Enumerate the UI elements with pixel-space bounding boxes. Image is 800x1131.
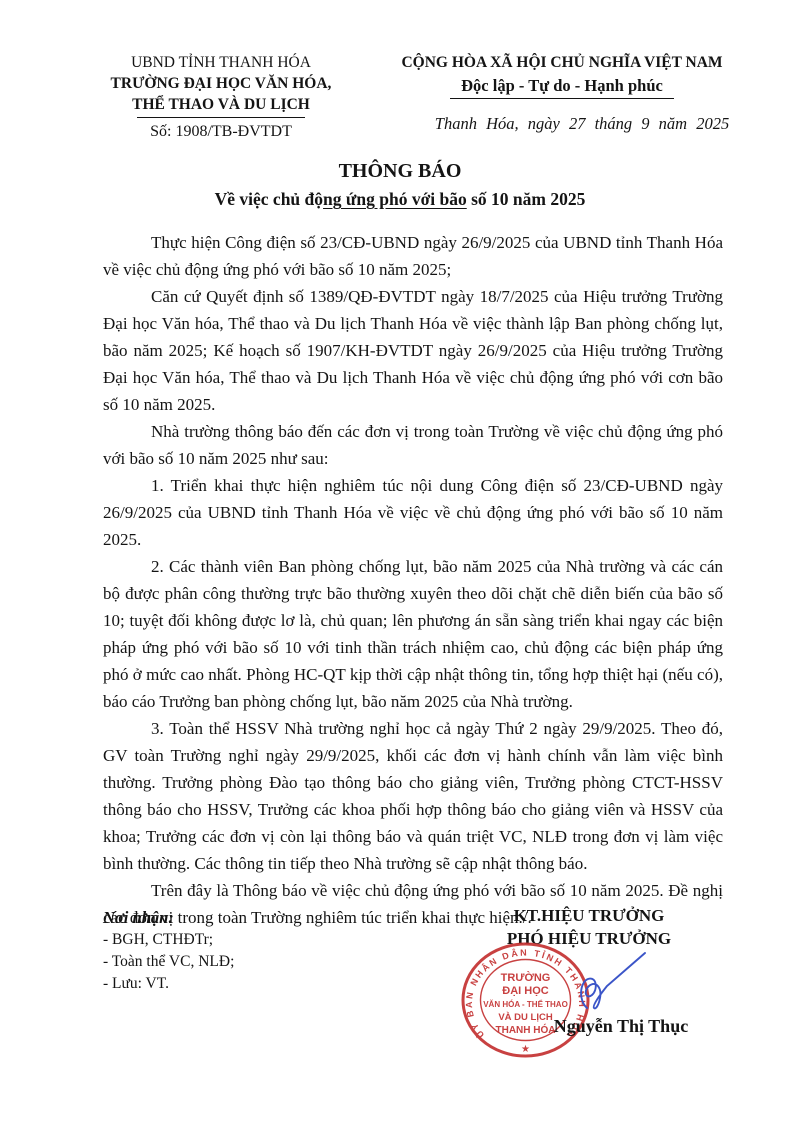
document-body: Thực hiện Công điện số 23/CĐ-UBND ngày 2… [103, 229, 723, 931]
national-header-block: CỘNG HÒA XÃ HỘI CHỦ NGHĨA VIỆT NAM Độc l… [388, 52, 736, 134]
title-block: THÔNG BÁO Về việc chủ động ứng phó với b… [0, 158, 800, 211]
place-dateline: Thanh Hóa, ngày 27 tháng 9 năm 2025 [388, 114, 736, 134]
body-paragraph-1: Thực hiện Công điện số 23/CĐ-UBND ngày 2… [103, 229, 723, 283]
national-title: CỘNG HÒA XÃ HỘI CHỦ NGHĨA VIỆT NAM [388, 52, 736, 73]
signature-stroke [581, 953, 645, 1008]
body-paragraph-6: 3. Toàn thể HSSV Nhà trường nghỉ học cả … [103, 715, 723, 877]
document-title: THÔNG BÁO [0, 158, 800, 184]
signer-authority: KT.HIỆU TRƯỞNG [473, 905, 705, 928]
recipient-item-3: - Lưu: VT. [103, 973, 363, 995]
seal-star-icon: ★ [521, 1044, 530, 1055]
subtitle-underlined: ng ứng phó với bão [323, 189, 467, 209]
header-divider-right [450, 98, 674, 99]
body-paragraph-5: 2. Các thành viên Ban phòng chống lụt, b… [103, 553, 723, 715]
document-page: UBND TỈNH THANH HÓA TRƯỜNG ĐẠI HỌC VĂN H… [0, 0, 800, 1131]
official-seal: ỦY BAN NHÂN DÂN TỈNH THANH HÓA TRƯỜNG ĐẠ… [460, 941, 591, 1059]
subtitle-suffix: số 10 năm 2025 [467, 189, 586, 209]
seal-center-line-3: VĂN HÓA - THỂ THAO [483, 1000, 568, 1009]
recipients-label: Nơi nhận: [103, 906, 363, 929]
org-name-line1: TRƯỜNG ĐẠI HỌC VĂN HÓA, [88, 73, 354, 94]
body-paragraph-4: 1. Triển khai thực hiện nghiêm túc nội d… [103, 472, 723, 553]
signer-name: Nguyễn Thị Thục [505, 1016, 737, 1037]
seal-center-line-2: ĐẠI HỌC [502, 985, 549, 997]
document-subtitle: Về việc chủ động ứng phó với bão số 10 n… [0, 187, 800, 211]
seal-center-line-1: TRƯỜNG [501, 971, 551, 984]
document-number: Số: 1908/TB-ĐVTDT [88, 121, 354, 142]
header-divider-left [137, 117, 305, 118]
org-name-line2: THỂ THAO VÀ DU LỊCH [88, 94, 354, 115]
parent-org: UBND TỈNH THANH HÓA [88, 52, 354, 73]
national-motto: Độc lập - Tự do - Hạnh phúc [388, 75, 736, 97]
recipients-block: Nơi nhận: - BGH, CTHĐTr; - Toàn thể VC, … [103, 906, 363, 995]
body-paragraph-2: Căn cứ Quyết định số 1389/QĐ-ĐVTDT ngày … [103, 283, 723, 418]
issuing-org-block: UBND TỈNH THANH HÓA TRƯỜNG ĐẠI HỌC VĂN H… [88, 52, 354, 142]
recipient-item-2: - Toàn thể VC, NLĐ; [103, 951, 363, 973]
handwritten-signature [573, 948, 651, 1020]
recipient-item-1: - BGH, CTHĐTr; [103, 929, 363, 951]
body-paragraph-3: Nhà trường thông báo đến các đơn vị tron… [103, 418, 723, 472]
subtitle-prefix: Về việc chủ độ [215, 189, 323, 209]
